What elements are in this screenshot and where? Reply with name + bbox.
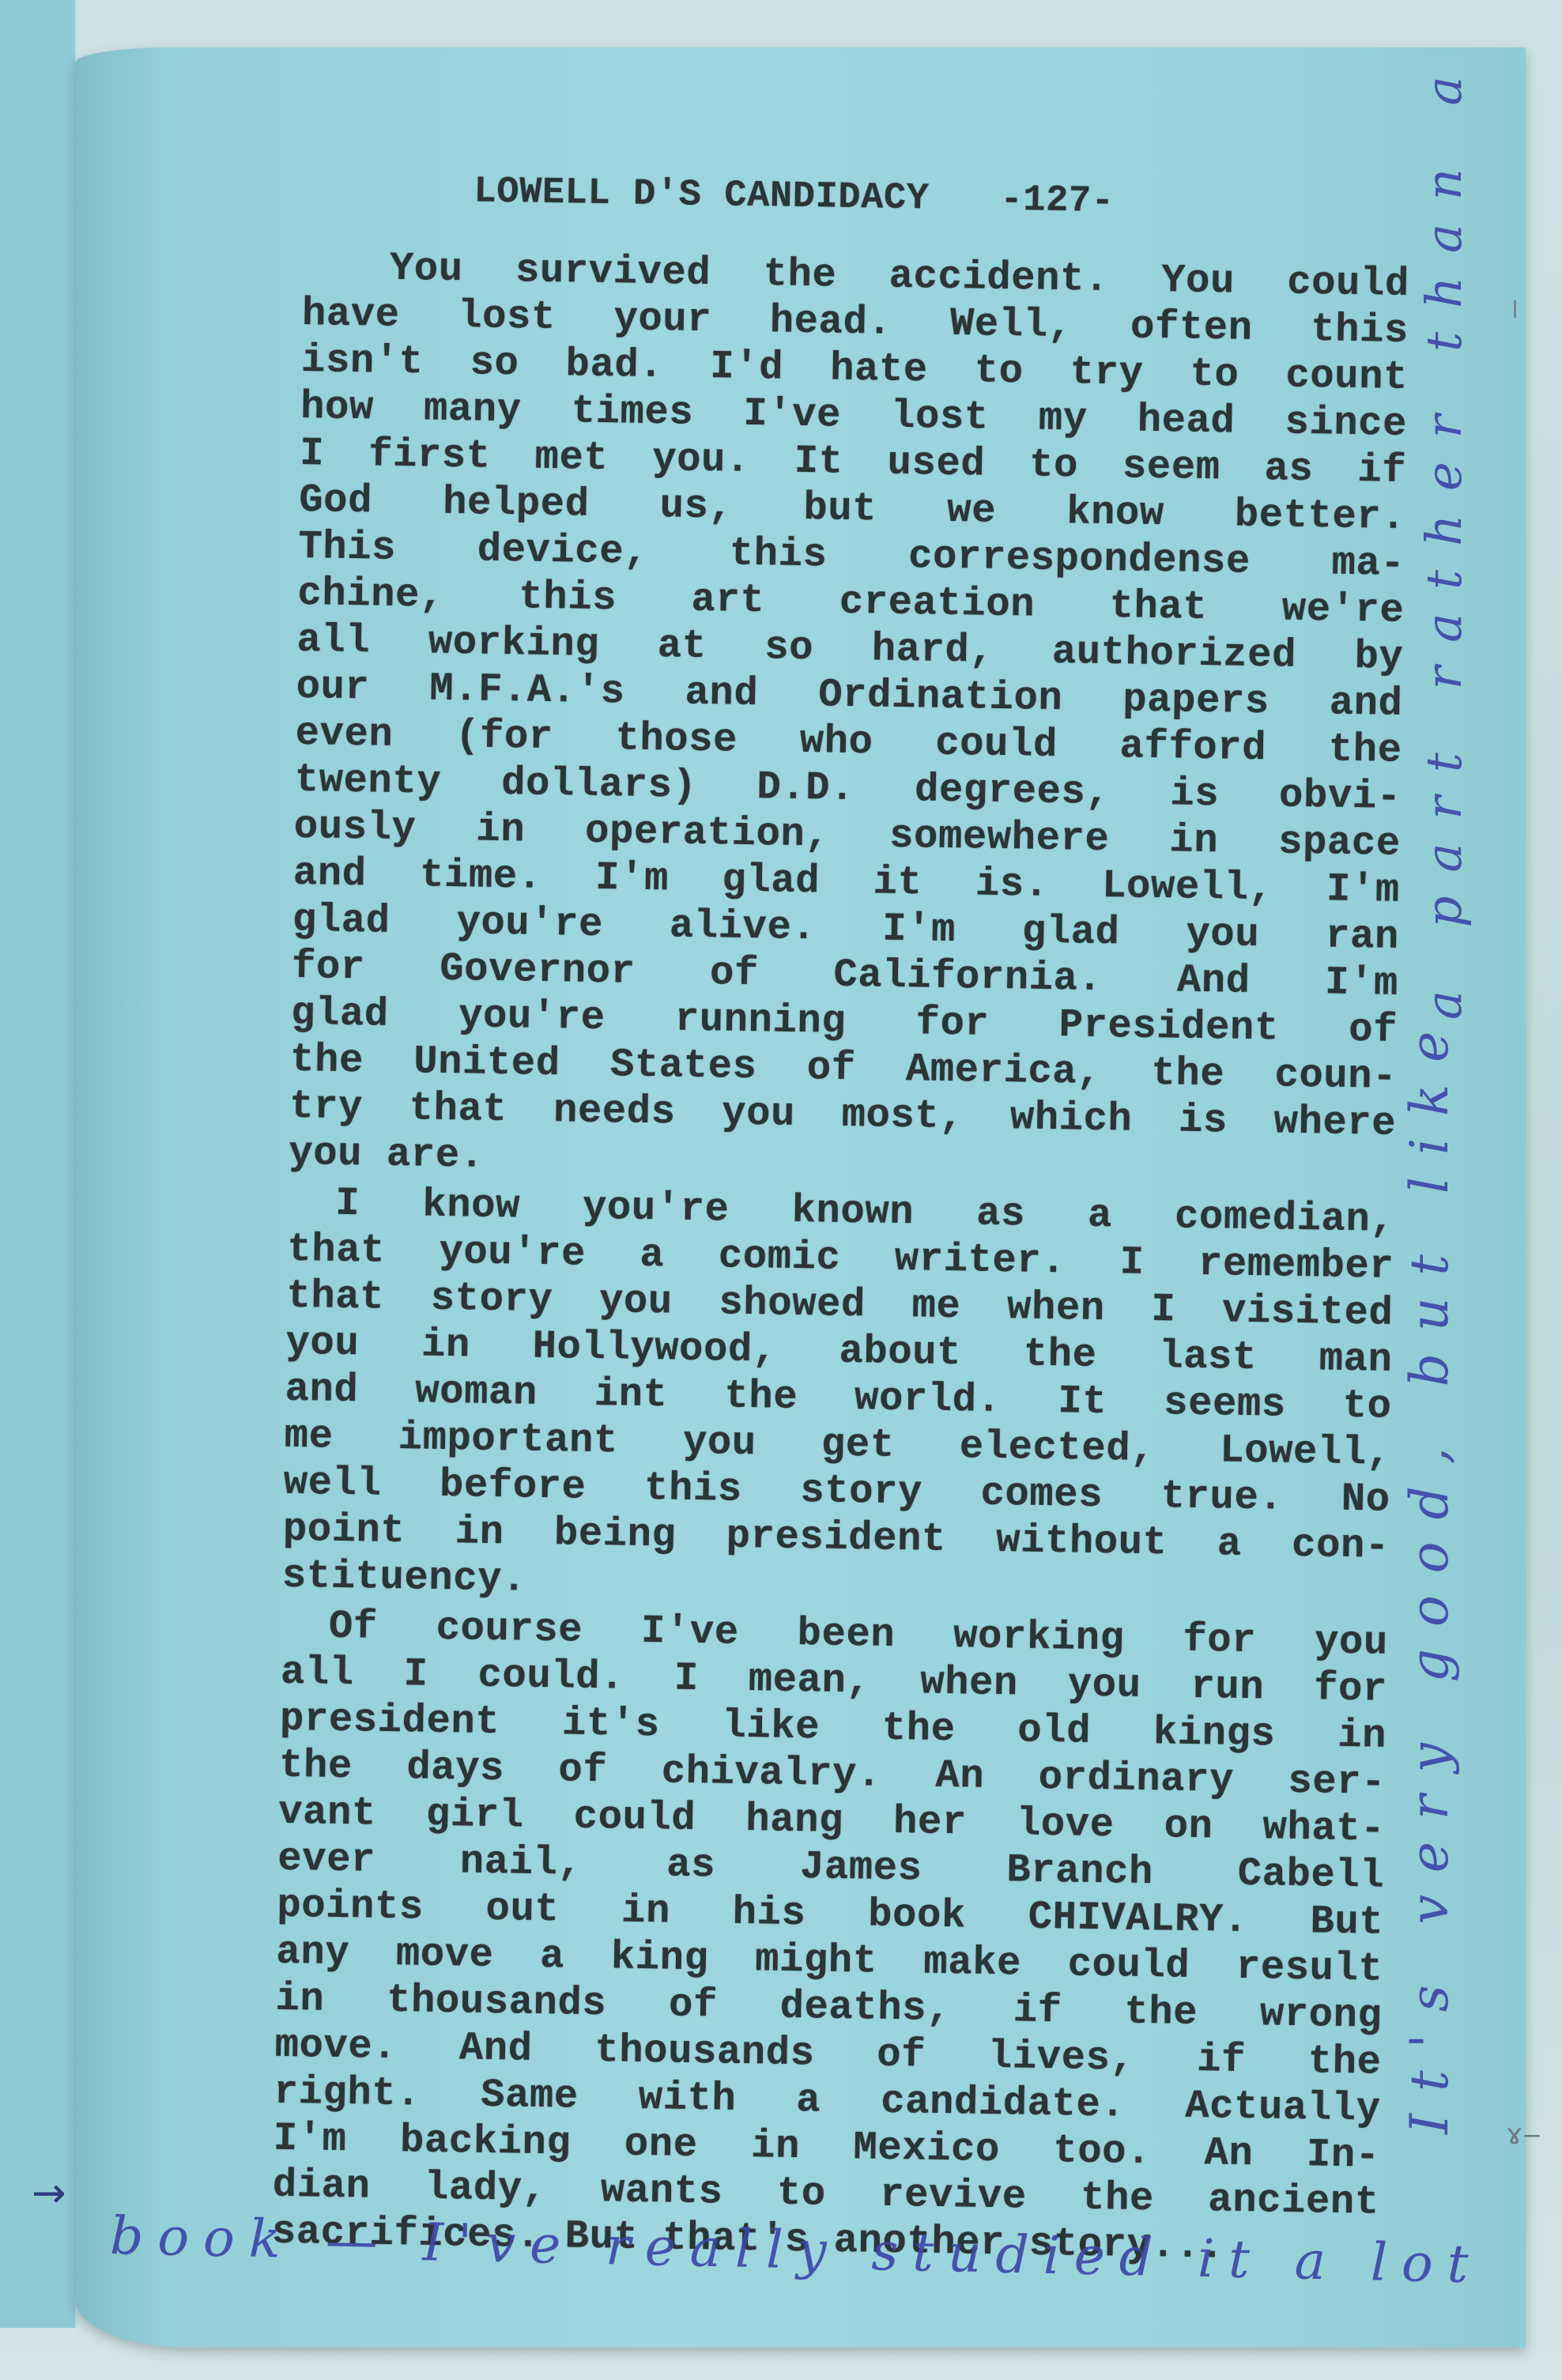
adjacent-page-edge [0, 0, 77, 2328]
page-header: LOWELL D'S CANDIDACY-127- [304, 166, 1411, 230]
handwritten-note-margin-upper: a part rather than a [1415, 53, 1473, 1020]
paragraph: I know you're known as a comedian,that y… [282, 1180, 1395, 1617]
photo-scene: LOWELL D'S CANDIDACY-127- You survived t… [0, 0, 1562, 2380]
typed-text-block: LOWELL D'S CANDIDACY-127- You survived t… [271, 166, 1410, 2273]
paragraph: You survived the accident. You couldhave… [289, 244, 1409, 1194]
arrow-icon: → [32, 2170, 66, 2217]
paragraph: Of course I've been working for youall I… [271, 1603, 1388, 2273]
running-header: LOWELL D'S CANDIDACY [474, 171, 930, 220]
stray-mark [1514, 300, 1516, 318]
handwritten-note-margin-lower: It's very good, but like [1399, 1009, 1460, 2134]
body-text: You survived the accident. You couldhave… [271, 244, 1409, 2273]
stray-pen-mark: ɤ‒ [1506, 2118, 1541, 2151]
typed-page: LOWELL D'S CANDIDACY-127- You survived t… [75, 47, 1526, 2348]
page-number: -127- [1000, 179, 1115, 223]
